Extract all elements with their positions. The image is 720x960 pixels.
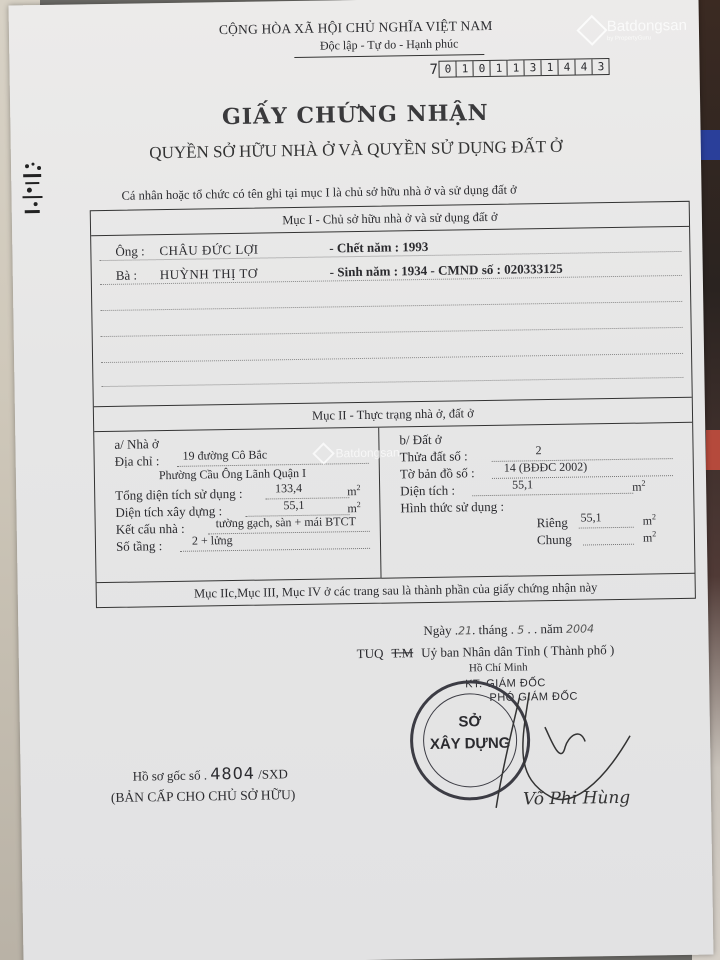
issue-date: Ngày .21. tháng . 5 . . năm 2004 [423, 620, 594, 639]
plot-label: Thửa đất số : [400, 448, 468, 464]
owner-title: Bà : [116, 267, 160, 284]
owner-name: HUỲNH THỊ TƠ [160, 264, 330, 283]
document-title: GIẤY CHỨNG NHẬN [10, 97, 700, 134]
plot-value: 2 [535, 442, 541, 459]
watermark-sub: by PropertyGuru [607, 35, 687, 42]
structure-label: Kết cấu nhà : [116, 521, 185, 537]
private-value: 55,1 [580, 509, 601, 526]
owner-name: CHÂU ĐỨC LỢI [159, 240, 329, 259]
nation-heading: CỘNG HÒA XÃ HỘI CHỦ NGHĨA VIỆT NAM [219, 18, 493, 38]
serial-digit: 4 [576, 59, 593, 74]
land-area-value: 55,1 [512, 476, 533, 493]
serial-digit: 3 [525, 60, 542, 75]
unit-sup: 2 [356, 483, 360, 492]
watermark-logo-icon [576, 15, 607, 46]
private-label: Riêng [537, 514, 568, 531]
serial-lead: 7 [429, 62, 438, 78]
city: Hồ Chí Minh [469, 661, 528, 674]
serial-cells: 0101131443 [439, 58, 610, 78]
tuq-label: TUQ [357, 646, 384, 661]
floors-label: Số tầng : [116, 538, 162, 554]
serial-digit: 1 [542, 60, 559, 75]
total-area-value: 133,4 [275, 480, 302, 497]
map-sheet-label: Tờ bản đồ số : [400, 465, 475, 481]
year-value: 2004 [566, 622, 594, 635]
watermark-center: Batdongsan [315, 444, 399, 461]
ink-smudge [19, 160, 60, 221]
month-label: tháng [478, 622, 507, 637]
build-area-label: Diện tích xây dựng : [115, 503, 222, 520]
record-number-value: 4804 [210, 764, 255, 784]
address-label: Địa chỉ : [115, 453, 160, 469]
serial-number: 7 0101131443 [429, 58, 610, 78]
structure-value: tường gạch, sàn + mái BTCT [216, 513, 357, 532]
serial-digit: 4 [559, 60, 576, 75]
owner-title: Ông : [115, 243, 159, 260]
land-area-label: Diện tích : [400, 483, 455, 499]
serial-digit: 1 [457, 61, 474, 76]
year-label: năm [540, 621, 563, 636]
month-value: 5 [517, 623, 524, 636]
unit-sup: 2 [641, 479, 645, 488]
usage-label: Hình thức sử dụng : [400, 499, 504, 516]
shared-label: Chung [537, 531, 572, 549]
committee-label: Uỷ ban Nhân dân Tỉnh ( Thành phố ) [421, 642, 614, 660]
floors-value: 2 + lửng [192, 532, 233, 550]
unit-sup: 2 [652, 512, 656, 521]
serial-digit: 0 [474, 61, 491, 76]
owner-extra: - Sinh năm : 1934 - CMND số : 020333125 [330, 261, 563, 280]
motto: Độc lập - Tự do - Hạnh phúc [294, 36, 484, 58]
watermark-brand: Batdongsan [607, 17, 687, 35]
signer-name: Võ Phi Hùng [523, 788, 631, 810]
unit-sup: 2 [357, 500, 361, 509]
watermark: Batdongsan by PropertyGuru [581, 17, 687, 43]
watermark-brand: Batdongsan [335, 445, 399, 460]
unit-sup: 2 [652, 529, 656, 538]
total-area-label: Tổng diện tích sử dụng : [115, 486, 243, 503]
address-line1: 19 đường Cô Bắc [182, 446, 267, 464]
floors-field: Số tầng : 2 + lửng [116, 534, 380, 555]
serial-digit: 0 [440, 61, 457, 76]
copy-note: (BẢN CẤP CHO CHỦ SỞ HỮU) [111, 787, 296, 806]
record-suffix: /SXD [258, 766, 288, 781]
owner-row: Ông :CHÂU ĐỨC LỢI- Chết năm : 1993 [115, 239, 428, 260]
authority-line: TUQT.MUỷ ban Nhân dân Tỉnh ( Thành phố ) [357, 642, 615, 662]
certificate-table: Mục I - Chủ sở hữu nhà ở và sử dụng đất … [90, 201, 696, 608]
record-number: Hồ sơ gốc số . 4804 /SXD [132, 763, 288, 784]
day-label: Ngày [423, 623, 451, 638]
intro-text: Cá nhân hoặc tổ chức có tên ghi tại mục … [121, 183, 516, 204]
serial-digit: 3 [593, 59, 609, 74]
serial-digit: 1 [508, 60, 525, 75]
map-sheet-value: 14 (BĐĐC 2002) [504, 458, 588, 476]
certificate-paper: Batdongsan by PropertyGuru CỘNG HÒA XÃ H… [9, 0, 714, 960]
day-value: 21 [458, 624, 472, 637]
tm-struck: T.M [391, 645, 413, 660]
serial-digit: 1 [491, 61, 508, 76]
record-label: Hồ sơ gốc số [133, 768, 201, 784]
owner-extra: - Chết năm : 1993 [329, 239, 428, 256]
owners-section: Ông :CHÂU ĐỨC LỢI- Chết năm : 1993 Bà :H… [91, 227, 692, 407]
build-area-value: 55,1 [283, 497, 304, 514]
land-column: b/ Đất ở Thửa đất số : 2 Tờ bản đồ số : … [379, 423, 694, 578]
document-subtitle: QUYỀN SỞ HỮU NHÀ Ở VÀ QUYỀN SỬ DỤNG ĐẤT … [11, 135, 701, 166]
shared-area-field: Chung m2 [401, 529, 694, 551]
